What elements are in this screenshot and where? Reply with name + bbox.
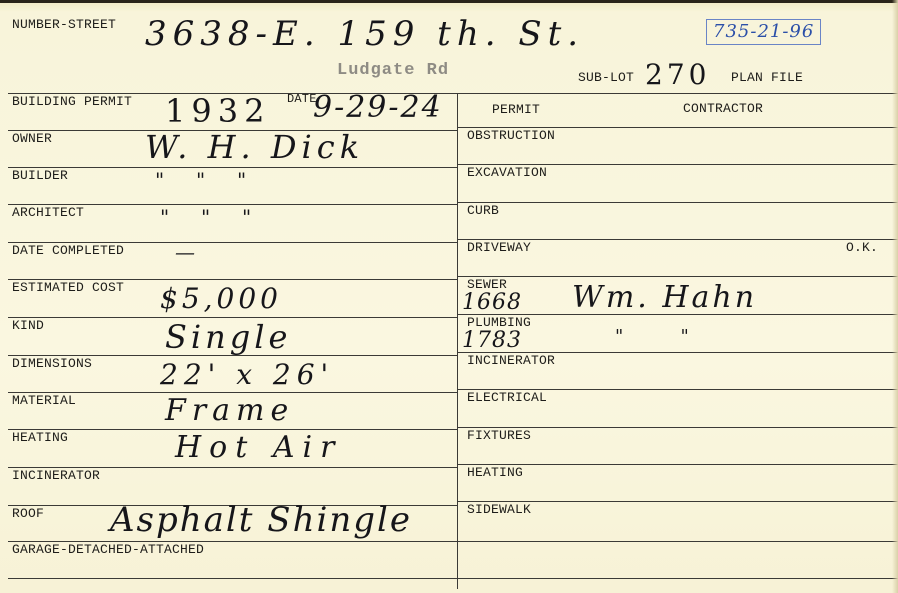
permit-type-label: FIXTURES xyxy=(467,428,531,443)
field-label: ARCHITECT xyxy=(12,205,84,220)
sub-lot-value: 270 xyxy=(645,58,710,91)
address-handwritten: 3638-E. 159 th. St. xyxy=(145,14,584,54)
field-label: ESTIMATED COST xyxy=(12,280,124,295)
permit-type-label: CURB xyxy=(467,203,499,218)
field-value: Frame xyxy=(165,393,294,428)
contractor-column-header: CONTRACTOR xyxy=(683,101,763,116)
permit-type-label: DRIVEWAY xyxy=(467,240,531,255)
field-value: $5,000 xyxy=(160,282,282,315)
field-label: BUILDING PERMIT xyxy=(12,94,132,109)
field-label: MATERIAL xyxy=(12,393,76,408)
field-label: ROOF xyxy=(12,506,44,521)
column-divider xyxy=(457,93,458,589)
field-label: INCINERATOR xyxy=(12,468,100,483)
right-rule-line xyxy=(457,202,898,203)
permit-type-label: OBSTRUCTION xyxy=(467,128,555,143)
permit-type-label: EXCAVATION xyxy=(467,165,547,180)
left-rule-line xyxy=(8,578,457,579)
field-value: Single xyxy=(165,318,291,356)
right-rule-line xyxy=(457,464,898,465)
field-value: W. H. Dick xyxy=(145,128,364,166)
permit-type-label: HEATING xyxy=(467,465,523,480)
date-value: 9-29-24 xyxy=(313,90,443,125)
stamped-street-name: Ludgate Rd xyxy=(337,61,449,80)
field-value: 1932 xyxy=(165,92,270,130)
field-label: DATE COMPLETED xyxy=(12,243,124,258)
card-top-edge xyxy=(0,0,898,3)
number-street-label: NUMBER-STREET xyxy=(12,17,116,32)
sub-lot-label: SUB-LOT xyxy=(578,70,634,85)
permit-number: 1668 xyxy=(462,290,522,315)
field-label: KIND xyxy=(12,318,44,333)
right-rule-line xyxy=(457,276,898,277)
contractor-name: " " xyxy=(615,326,689,347)
field-label: GARAGE-DETACHED-ATTACHED xyxy=(12,542,204,557)
permit-type-label: INCINERATOR xyxy=(467,353,555,368)
permit-note: O.K. xyxy=(846,240,878,255)
plan-file-label: PLAN FILE xyxy=(731,70,803,85)
right-rule-line xyxy=(457,93,898,94)
field-value: Asphalt Shingle xyxy=(110,500,412,540)
right-rule-line xyxy=(457,541,898,542)
permit-number: 1783 xyxy=(462,328,522,353)
field-value: " " " xyxy=(160,205,251,229)
right-rule-line xyxy=(457,578,898,579)
file-number-stamp: 735-21-96 xyxy=(706,19,821,45)
field-value: 22' x 26' xyxy=(160,358,334,391)
field-label: BUILDER xyxy=(12,168,68,183)
field-label: DIMENSIONS xyxy=(12,356,92,371)
permit-type-label: ELECTRICAL xyxy=(467,390,547,405)
field-value: Hot Air xyxy=(175,430,342,465)
permit-column-header: PERMIT xyxy=(492,102,540,117)
field-label: HEATING xyxy=(12,430,68,445)
field-value: " " " xyxy=(155,168,246,192)
permit-type-label: SIDEWALK xyxy=(467,502,531,517)
permit-card: NUMBER-STREET 3638-E. 159 th. St. 735-21… xyxy=(0,0,898,593)
field-label: OWNER xyxy=(12,131,52,146)
field-value: — xyxy=(175,240,195,264)
contractor-name: Wm. Hahn xyxy=(572,280,757,315)
